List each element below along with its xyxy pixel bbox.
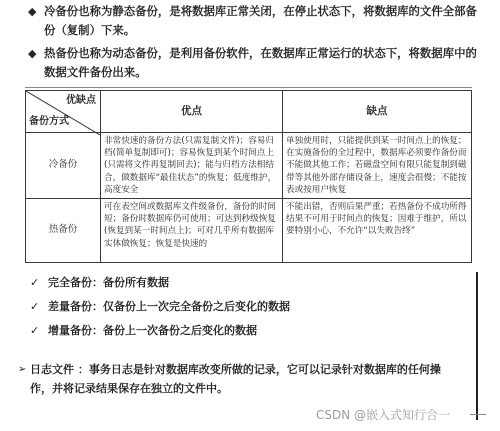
horizontal-tick [470, 414, 486, 415]
corner-label-backup-method: 备份方式 [29, 116, 69, 128]
row-label-cold-backup: 冷备份 [26, 133, 101, 199]
cell-cons: 不能出错，否则后果严重；若热备份不成功所得结果不可用于时间点的恢复；因难于维护，… [283, 199, 472, 263]
row-label-hot-backup: 热备份 [26, 199, 101, 263]
list-item-text: 差量备份：仅备份上一次完全备份之后变化的数据 [48, 300, 290, 313]
list-item-differential-backup: ✓差量备份：仅备份上一次完全备份之后变化的数据 [30, 298, 290, 314]
table-row: 热备份 可在表空间或数据库文件级备份，备份的时间短；备份时数据库仍可使用；可达到… [26, 199, 472, 263]
list-item-incremental-backup: ✓增量备份：备份上一次备份之后变化的数据 [30, 322, 257, 338]
intro-bullet-text: 冷备份也称为静态备份，是将数据库正常关闭，在停止状态下，将数据库的文件全部备份（… [28, 2, 478, 40]
watermark: CSDN @嵌入式知行合一 [316, 406, 450, 423]
arrow-bullet-icon: ➢ [18, 360, 26, 379]
divider [25, 87, 472, 88]
corner-label-pros-cons: 优缺点 [66, 95, 96, 107]
column-header-cons: 缺点 [283, 91, 472, 133]
list-item-text: 完全备份：备份所有数据 [48, 276, 169, 289]
table-corner-cell: 优缺点 备份方式 [26, 91, 101, 133]
vertical-rule [476, 272, 478, 420]
log-file-text: 日志文件 ：事务日志是针对数据库改变所做的记录，它可以记录针对数据库的任何操作，… [18, 360, 458, 398]
intro-bullet-hot-backup: ◆ 热备份也称为动态备份，是利用备份软件，在数据库正常运行的状态下，将数据库中的… [28, 44, 478, 82]
list-item-text: 增量备份：备份上一次备份之后变化的数据 [48, 324, 257, 337]
cell-pros: 非常快速的备份方法(只需复制文件)；容易归档(简单复制即可)；容易恢复到某个时间… [101, 133, 283, 199]
cell-pros: 可在表空间或数据库文件级备份，备份的时间短；备份时数据库仍可使用；可达到秒级恢复… [101, 199, 283, 263]
intro-bullet-text: 热备份也称为动态备份，是利用备份软件，在数据库正常运行的状态下，将数据库中的数据… [28, 44, 478, 82]
diamond-bullet-icon: ◆ [28, 2, 36, 21]
list-item-full-backup: ✓完全备份：备份所有数据 [30, 274, 169, 290]
checkmark-icon: ✓ [30, 324, 48, 337]
column-header-pros: 优点 [101, 91, 283, 133]
log-file-note: ➢ 日志文件 ：事务日志是针对数据库改变所做的记录，它可以记录针对数据库的任何操… [18, 360, 458, 398]
cell-cons: 单独使用时，只能提供到某一时间点上的恢复；在实施备份的全过程中，数据库必须要作备… [283, 133, 472, 199]
intro-bullet-cold-backup: ◆ 冷备份也称为静态备份，是将数据库正常关闭，在停止状态下，将数据库的文件全部备… [28, 2, 478, 40]
table-header-row: 优缺点 备份方式 优点 缺点 [26, 91, 472, 133]
diamond-bullet-icon: ◆ [28, 44, 36, 63]
table-row: 冷备份 非常快速的备份方法(只需复制文件)；容易归档(简单复制即可)；容易恢复到… [26, 133, 472, 199]
checkmark-icon: ✓ [30, 300, 48, 313]
backup-comparison-table: 优缺点 备份方式 优点 缺点 冷备份 非常快速的备份方法(只需复制文件)；容易归… [25, 90, 472, 263]
checkmark-icon: ✓ [30, 276, 48, 289]
